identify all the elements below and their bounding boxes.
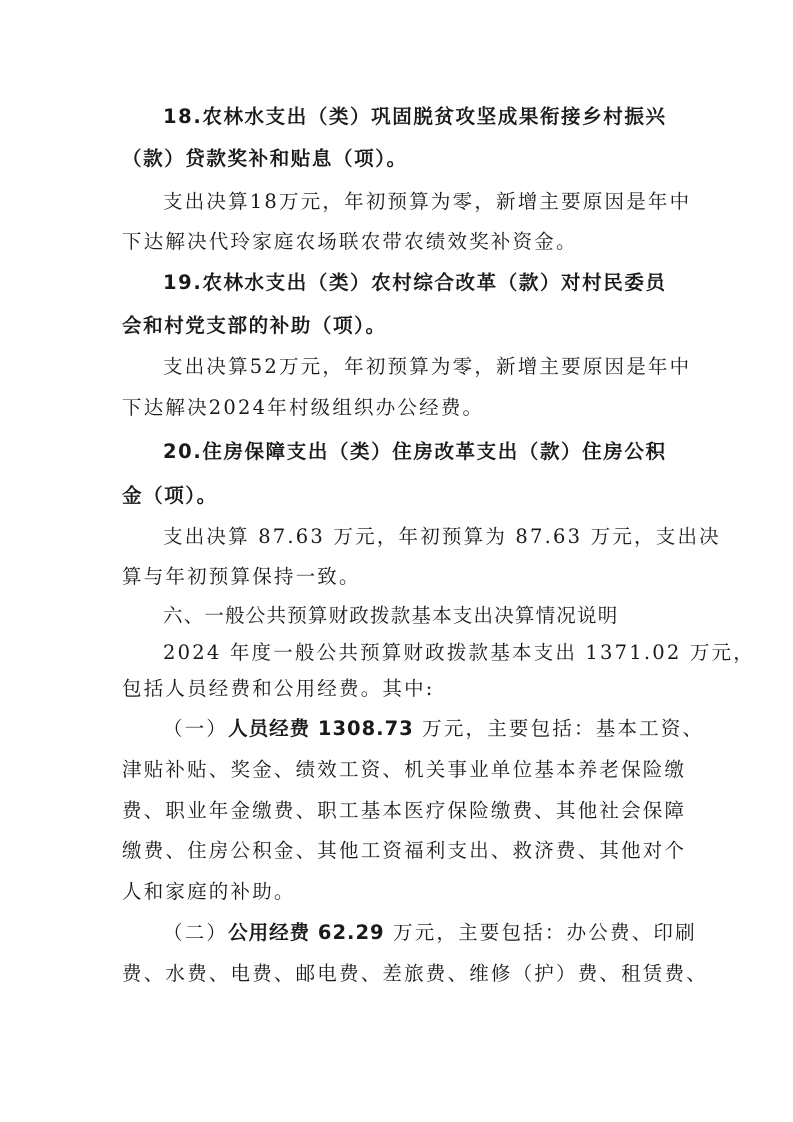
section-20-heading-cont: 金（项）。 (122, 483, 668, 509)
section-20-body: 支出决算 87.63 万元，年初预算为 87.63 万元，支出决 (163, 524, 668, 550)
personnel-items-2: 费、职业年金缴费、职工基本医疗保险缴费、其他社会保障 (122, 798, 668, 824)
public-expense-line: （二）公用经费 62.29 万元，主要包括：办公费、印刷 (163, 920, 668, 946)
personnel-expense-line: （一）人员经费 1308.73 万元，主要包括：基本工资、 (163, 716, 668, 742)
personnel-items-3: 缴费、住房公积金、其他工资福利支出、救济费、其他对个 (122, 838, 668, 864)
personnel-items-1: 津贴补贴、奖金、绩效工资、机关事业单位基本养老保险缴 (122, 757, 668, 783)
section-18-body-cont: 下达解决代玲家庭农场联农带农绩效奖补资金。 (122, 229, 668, 255)
chapter-6-intro: 2024 年度一般公共预算财政拨款基本支出 1371.02 万元， (163, 640, 668, 666)
section-19-body: 支出决算52万元，年初预算为零，新增主要原因是年中 (163, 354, 668, 380)
section-18-heading-cont: （款）贷款奖补和贴息（项）。 (122, 146, 668, 172)
personnel-rest: 万元，主要包括：基本工资、 (414, 717, 705, 740)
public-label: 公用经费 62.29 (228, 921, 384, 944)
section-19-heading-cont: 会和村党支部的补助（项）。 (122, 313, 668, 339)
document-page: 18.农林水支出（类）巩固脱贫攻坚成果衔接乡村振兴 （款）贷款奖补和贴息（项）。… (0, 0, 793, 1122)
public-prefix: （二） (163, 921, 228, 944)
personnel-label: 人员经费 1308.73 (228, 717, 414, 740)
section-20-body-cont: 算与年初预算保持一致。 (122, 564, 668, 590)
section-19-body-cont: 下达解决2024年村级组织办公经费。 (122, 395, 668, 421)
chapter-6-intro-cont: 包括人员经费和公用经费。其中: (122, 676, 668, 702)
personnel-items-4: 人和家庭的补助。 (122, 879, 668, 905)
section-19-heading: 19.农林水支出（类）农村综合改革（款）对村民委员 (163, 270, 668, 296)
section-18-heading: 18.农林水支出（类）巩固脱贫攻坚成果衔接乡村振兴 (163, 104, 668, 130)
public-rest: 万元，主要包括：办公费、印刷 (385, 921, 697, 944)
chapter-6-title: 六、一般公共预算财政拨款基本支出决算情况说明 (163, 603, 668, 629)
personnel-prefix: （一） (163, 717, 228, 740)
section-18-body: 支出决算18万元，年初预算为零，新增主要原因是年中 (163, 189, 668, 215)
public-items-1: 费、水费、电费、邮电费、差旅费、维修（护）费、租赁费、 (122, 961, 668, 987)
section-20-heading: 20.住房保障支出（类）住房改革支出（款）住房公积 (163, 439, 668, 465)
